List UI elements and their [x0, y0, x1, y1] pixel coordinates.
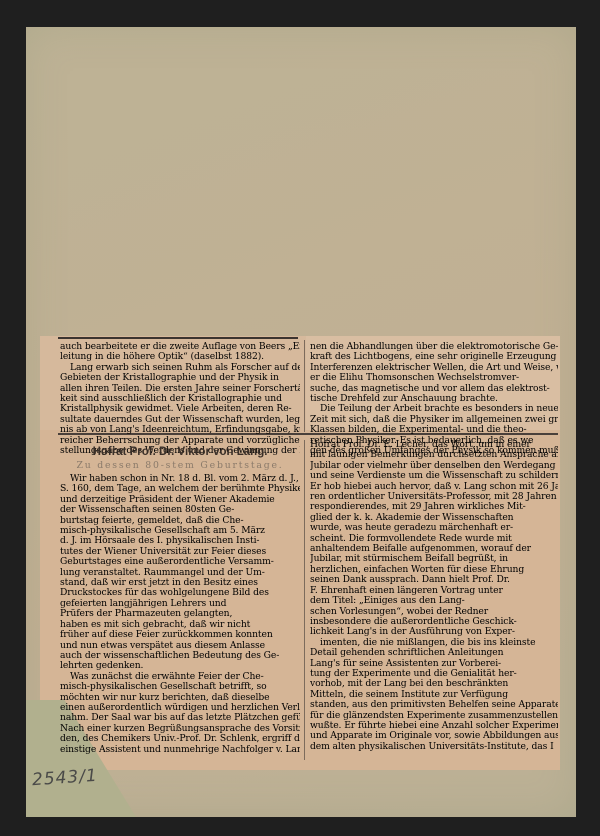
- article-headline: Hofrat Prof. Dr. Viktor von Lang.: [62, 446, 298, 458]
- text-line: nahm. Der Saal war bis auf das letzte Pl…: [60, 713, 300, 723]
- text-line: Prüfers der Pharmazeuten gelangten,: [60, 609, 300, 619]
- text-line: auch der wissenschaftlichen Bedeutung de…: [60, 651, 300, 661]
- text-line: vorhob, mit der Lang bei den beschränkte…: [310, 679, 558, 689]
- text-line: und seine Verdienste um die Wissenschaft…: [310, 471, 558, 481]
- text-line: glied der k. k. Akademie der Wissenschaf…: [310, 513, 558, 523]
- text-line: leitung in die höhere Optik“ (daselbst 1…: [60, 352, 300, 362]
- text-line: gefeierten langjährigen Lehrers und: [60, 599, 300, 609]
- text-line: Detail gehenden schriftlichen Anleitunge…: [310, 648, 558, 658]
- text-line: allen ihren Teilen. Die ersten Jahre sei…: [60, 384, 300, 394]
- text-line: schen Vorlesungen“, wobei der Redner: [310, 607, 558, 617]
- text-line: anhaltendem Beifalle aufgenommen, worauf…: [310, 544, 558, 554]
- text-line: möchten wir nur kurz berichten, daß dies…: [60, 693, 300, 703]
- text-line: ren ordentlicher Universitäts-Professor,…: [310, 492, 558, 502]
- text-line: kraft des Lichtbogens, eine sehr origine…: [310, 352, 558, 362]
- text-line: Geburtstages eine außerordentliche Versa…: [60, 557, 300, 567]
- text-line: nis ab von Lang's Ideenreichtum, Erfindu…: [60, 425, 300, 435]
- text-line: Was zunächst die erwähnte Feier der Che-: [60, 672, 300, 682]
- column-divider-top: [304, 340, 305, 432]
- column-divider-bottom: [304, 440, 305, 760]
- text-line: S. 160, dem Tage, an welchem der berühmt…: [60, 484, 300, 494]
- text-line: Hofrat Prof. Dr. E. Lecher, das Wort, um…: [310, 440, 558, 450]
- text-line: er die Elihu Thomsonschen Wechselstromve…: [310, 373, 558, 383]
- bottom-right-column: Hofrat Prof. Dr. E. Lecher, das Wort, um…: [310, 440, 558, 752]
- text-line: früher auf diese Feier zurückkommen konn…: [60, 630, 300, 640]
- text-line: respondierendes, mit 29 Jahren wirkliche…: [310, 502, 558, 512]
- text-line: nen die Abhandlungen über die elektromot…: [310, 342, 558, 352]
- text-line: scheint. Die formvollendete Rede wurde m…: [310, 534, 558, 544]
- bottom-left-column: Wir haben schon in Nr. 18 d. Bl. vom 2. …: [60, 474, 300, 755]
- text-line: lung veranstaltet. Raummangel und der Um…: [60, 568, 300, 578]
- text-line: mit launigen Bemerkungen durchsetzten An…: [310, 450, 558, 460]
- text-line: misch-physikalische Gesellschaft am 5. M…: [60, 526, 300, 536]
- text-line: tung der Experimente und die Genialität …: [310, 669, 558, 679]
- text-line: Mitteln, die seinem Institute zur Verfüg…: [310, 690, 558, 700]
- text-line: Wir haben schon in Nr. 18 d. Bl. vom 2. …: [60, 474, 300, 484]
- text-line: herzlichen, einfachen Worten für diese E…: [310, 565, 558, 575]
- text-line: und Apparate im Originale vor, sowie Abb…: [310, 731, 558, 741]
- text-line: Kristallphysik gewidmet. Viele Arbeiten,…: [60, 404, 300, 414]
- text-line: den, des Chemikers Univ.-Prof. Dr. Schle…: [60, 734, 300, 744]
- text-line: Klassen bilden, die Experimental- und di…: [310, 425, 558, 435]
- text-line: der Wissenschaften seinen 80sten Ge-: [60, 505, 300, 515]
- text-line: F. Ehrenhaft einen längeren Vortrag unte…: [310, 586, 558, 596]
- text-line: einen außerordentlich würdigen und herzl…: [60, 703, 300, 713]
- article-subheadline: Zu dessen 80-stem Geburtstage.: [62, 460, 298, 471]
- text-line: Gebieten der Kristallographie und der Ph…: [60, 373, 300, 383]
- text-line: suche, das magnetische und vor allem das…: [310, 384, 558, 394]
- text-line: misch-physikalischen Gesellschaft betrif…: [60, 682, 300, 692]
- text-line: für die glänzendsten Experimente zusamme…: [310, 711, 558, 721]
- text-line: tische Drehfeld zur Anschauung brachte.: [310, 394, 558, 404]
- text-line: lichkeit Lang's in der Ausführung von Ex…: [310, 627, 558, 637]
- top-left-column: auch bearbeitete er die zweite Auflage v…: [60, 342, 300, 456]
- text-line: Nach einer kurzen Begrüßungsansprache de…: [60, 724, 300, 734]
- text-line: Interferenzen elektrischer Wellen, die A…: [310, 363, 558, 373]
- text-line: Jubilar oder vielmehr über denselben den…: [310, 461, 558, 471]
- text-line: einstige Assistent und nunmehrige Nachfo…: [60, 745, 300, 755]
- text-line: burtstag feierte, gemeldet, daß die Che-: [60, 516, 300, 526]
- text-line: dem alten physikalischen Universitäts-In…: [310, 742, 558, 752]
- text-line: insbesondere die außerordentliche Geschi…: [310, 617, 558, 627]
- text-line: tutes der Wiener Universität zur Feier d…: [60, 547, 300, 557]
- text-line: Jubilar, mit stürmischem Beifall begrüßt…: [310, 554, 558, 564]
- top-rule: [58, 337, 298, 339]
- text-line: Er hob hiebei auch hervor, daß v. Lang s…: [310, 482, 558, 492]
- text-line: Lang erwarb sich seinen Ruhm als Forsche…: [60, 363, 300, 373]
- text-line: Lang's für seine Assistenten zur Vorbere…: [310, 659, 558, 669]
- text-line: und derzeitige Präsident der Wiener Akad…: [60, 495, 300, 505]
- text-line: seinen Dank aussprach. Dann hielt Prof. …: [310, 575, 558, 585]
- text-line: standen, aus den primitivsten Behelfen s…: [310, 700, 558, 710]
- text-line: reicher Beherrschung der Apparate und vo…: [60, 436, 300, 446]
- text-line: imenten, die nie mißlangen, die bis ins …: [310, 638, 558, 648]
- text-line: Die Teilung der Arbeit brachte es besond…: [310, 404, 558, 414]
- text-line: stand, daß wir erst jetzt in den Besitz …: [60, 578, 300, 588]
- text-line: wurde, was heute geradezu märchenhaft er…: [310, 523, 558, 533]
- text-line: auch bearbeitete er die zweite Auflage v…: [60, 342, 300, 352]
- text-line: lehrten gedenken.: [60, 661, 300, 671]
- text-line: wußte. Er führte hiebei eine Anzahl solc…: [310, 721, 558, 731]
- text-line: haben es mit sich gebracht, daß wir nich…: [60, 620, 300, 630]
- text-line: Druckstockes für das wohlgelungene Bild …: [60, 588, 300, 598]
- text-line: keit sind ausschließlich der Kristallogr…: [60, 394, 300, 404]
- text-line: sultate dauerndes Gut der Wissenschaft w…: [60, 415, 300, 425]
- text-line: dem Titel: „Einiges aus den Lang-: [310, 596, 558, 606]
- text-line: d. J. im Hörsaale des I. physikalischen …: [60, 536, 300, 546]
- text-line: und nun etwas verspätet aus diesem Anlas…: [60, 641, 300, 651]
- text-line: Zeit mit sich, daß die Physiker im allge…: [310, 415, 558, 425]
